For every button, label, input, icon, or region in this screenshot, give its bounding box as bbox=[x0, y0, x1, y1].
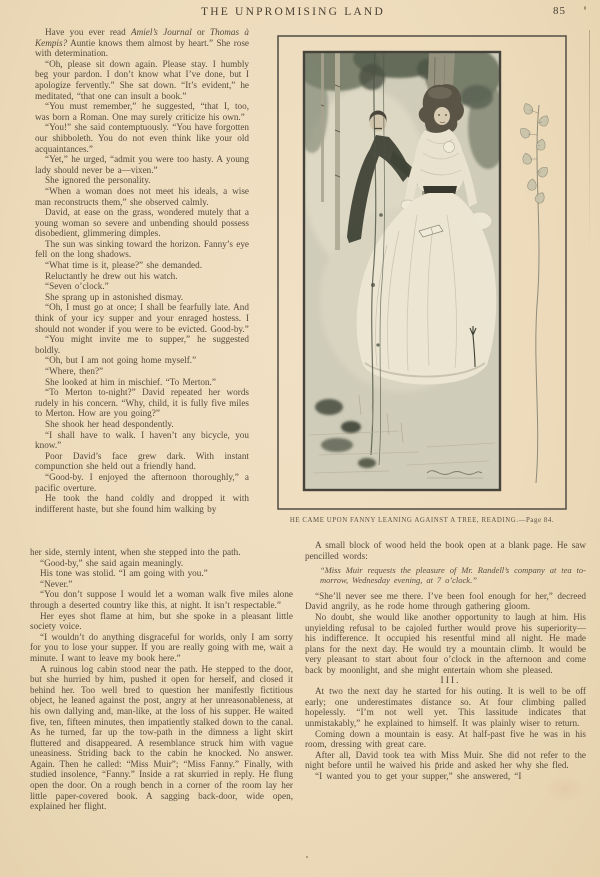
paragraph: “Oh, I must go at once; I shall be fearf… bbox=[35, 302, 249, 334]
column-left-narrow: Have you ever read Amiel’s Journal or Th… bbox=[35, 27, 249, 514]
paragraph: “Seven o’clock.” bbox=[35, 281, 249, 292]
paper-stain bbox=[545, 775, 585, 803]
paragraph: She shook her head despondently. bbox=[35, 419, 249, 430]
paragraph: “She’ll never see me there. I’ve been fo… bbox=[305, 591, 586, 612]
paragraph: “You must remember,” he suggested, “that… bbox=[35, 101, 249, 122]
paragraph: “I wanted you to get your supper,” she a… bbox=[305, 771, 586, 782]
paragraph: “Good-by. I enjoyed the afternoon thorou… bbox=[35, 472, 249, 493]
paragraph: Reluctantly he drew out his watch. bbox=[35, 271, 249, 282]
book-title-italic: Amiel’s Journal bbox=[131, 27, 192, 37]
paragraph-list: At two the next day he started for his o… bbox=[305, 686, 586, 781]
note-block: “Miss Muir requests the pleasure of Mr. … bbox=[320, 566, 586, 586]
paragraph: “I shall have to walk. I haven’t any bic… bbox=[35, 430, 249, 451]
paper-speck bbox=[436, 762, 438, 764]
paragraph-continuation: her side, sternly intent, when she stepp… bbox=[30, 547, 293, 558]
paragraph-list: “Oh, please sit down again. Please stay.… bbox=[35, 59, 249, 515]
illustration bbox=[277, 35, 567, 510]
paragraph: David, at ease on the grass, wondered mu… bbox=[35, 207, 249, 239]
book-page: THE UNPROMISING LAND 85 Have you ever re… bbox=[0, 0, 600, 877]
paragraph: She sprang up in astonished dismay. bbox=[35, 292, 249, 303]
paragraph: After all, David took tea with Miss Muir… bbox=[305, 750, 586, 771]
page-edge-line bbox=[589, 30, 590, 255]
paragraph: “I wouldn’t do anything disgraceful for … bbox=[30, 632, 293, 664]
illustration-drawing bbox=[295, 38, 508, 490]
paragraph: “Yet,” he urged, “admit you were too has… bbox=[35, 154, 249, 175]
paragraph: A small block of wood held the book open… bbox=[305, 540, 586, 561]
decorative-vine bbox=[518, 102, 551, 483]
section-heading: III. bbox=[305, 676, 586, 687]
paragraph: “You might invite me to supper,” he sugg… bbox=[35, 334, 249, 355]
paragraph: “Oh, but I am not going home myself.” bbox=[35, 355, 249, 366]
paragraph: He took the hand coldly and dropped it w… bbox=[35, 493, 249, 514]
paragraph: Her eyes shot flame at him, but she spok… bbox=[30, 611, 293, 632]
illustration-caption: HE CAME UPON FANNY LEANING AGAINST A TRE… bbox=[277, 517, 567, 524]
scan-mark bbox=[584, 6, 586, 10]
paragraph: Poor David’s face grew dark. With instan… bbox=[35, 451, 249, 472]
paragraph: She ignored the personality. bbox=[35, 175, 249, 186]
paragraph: Have you ever read Amiel’s Journal or Th… bbox=[35, 27, 249, 59]
paragraph-text: Auntie knows them almost by heart.” She … bbox=[35, 38, 249, 59]
paragraph: “When a woman does not meet his ideals, … bbox=[35, 186, 249, 207]
paragraph: The sun was sinking toward the horizon. … bbox=[35, 239, 249, 260]
page-number: 85 bbox=[553, 5, 566, 17]
paragraph-text: or bbox=[192, 27, 210, 37]
paragraph: His tone was stolid. “I am going with yo… bbox=[30, 568, 293, 579]
paragraph: “Oh, please sit down again. Please stay.… bbox=[35, 59, 249, 101]
paragraph: At two the next day he started for his o… bbox=[305, 686, 586, 728]
paragraph: Coming down a mountain is easy. At half-… bbox=[305, 729, 586, 750]
paragraph: “Where, then?” bbox=[35, 366, 249, 377]
paragraph-list: “Good-by,” she said again meaningly.His … bbox=[30, 558, 293, 812]
paragraph-text: Have you ever read bbox=[45, 27, 131, 37]
paragraph: “Never.” bbox=[30, 579, 293, 590]
paragraph: “You don’t suppose I would let a woman w… bbox=[30, 589, 293, 610]
column-left-wide: her side, sternly intent, when she stepp… bbox=[30, 547, 293, 812]
paragraph: “Good-by,” she said again meaningly. bbox=[30, 558, 293, 569]
paragraph: She looked at him in mischief. “To Merto… bbox=[35, 377, 249, 388]
paragraph: “To Merton to-night?” David repeated her… bbox=[35, 387, 249, 419]
paragraph: “What time is it, please?” she demanded. bbox=[35, 260, 249, 271]
paragraph: “You!” she said contemptuously. “You hav… bbox=[35, 122, 249, 154]
paragraph: A ruinous log cabin stood near the path.… bbox=[30, 664, 293, 812]
paper-stain bbox=[540, 625, 586, 659]
paper-speck bbox=[306, 856, 308, 858]
column-right: A small block of wood held the book open… bbox=[305, 540, 586, 781]
page-title: THE UNPROMISING LAND bbox=[0, 6, 586, 18]
